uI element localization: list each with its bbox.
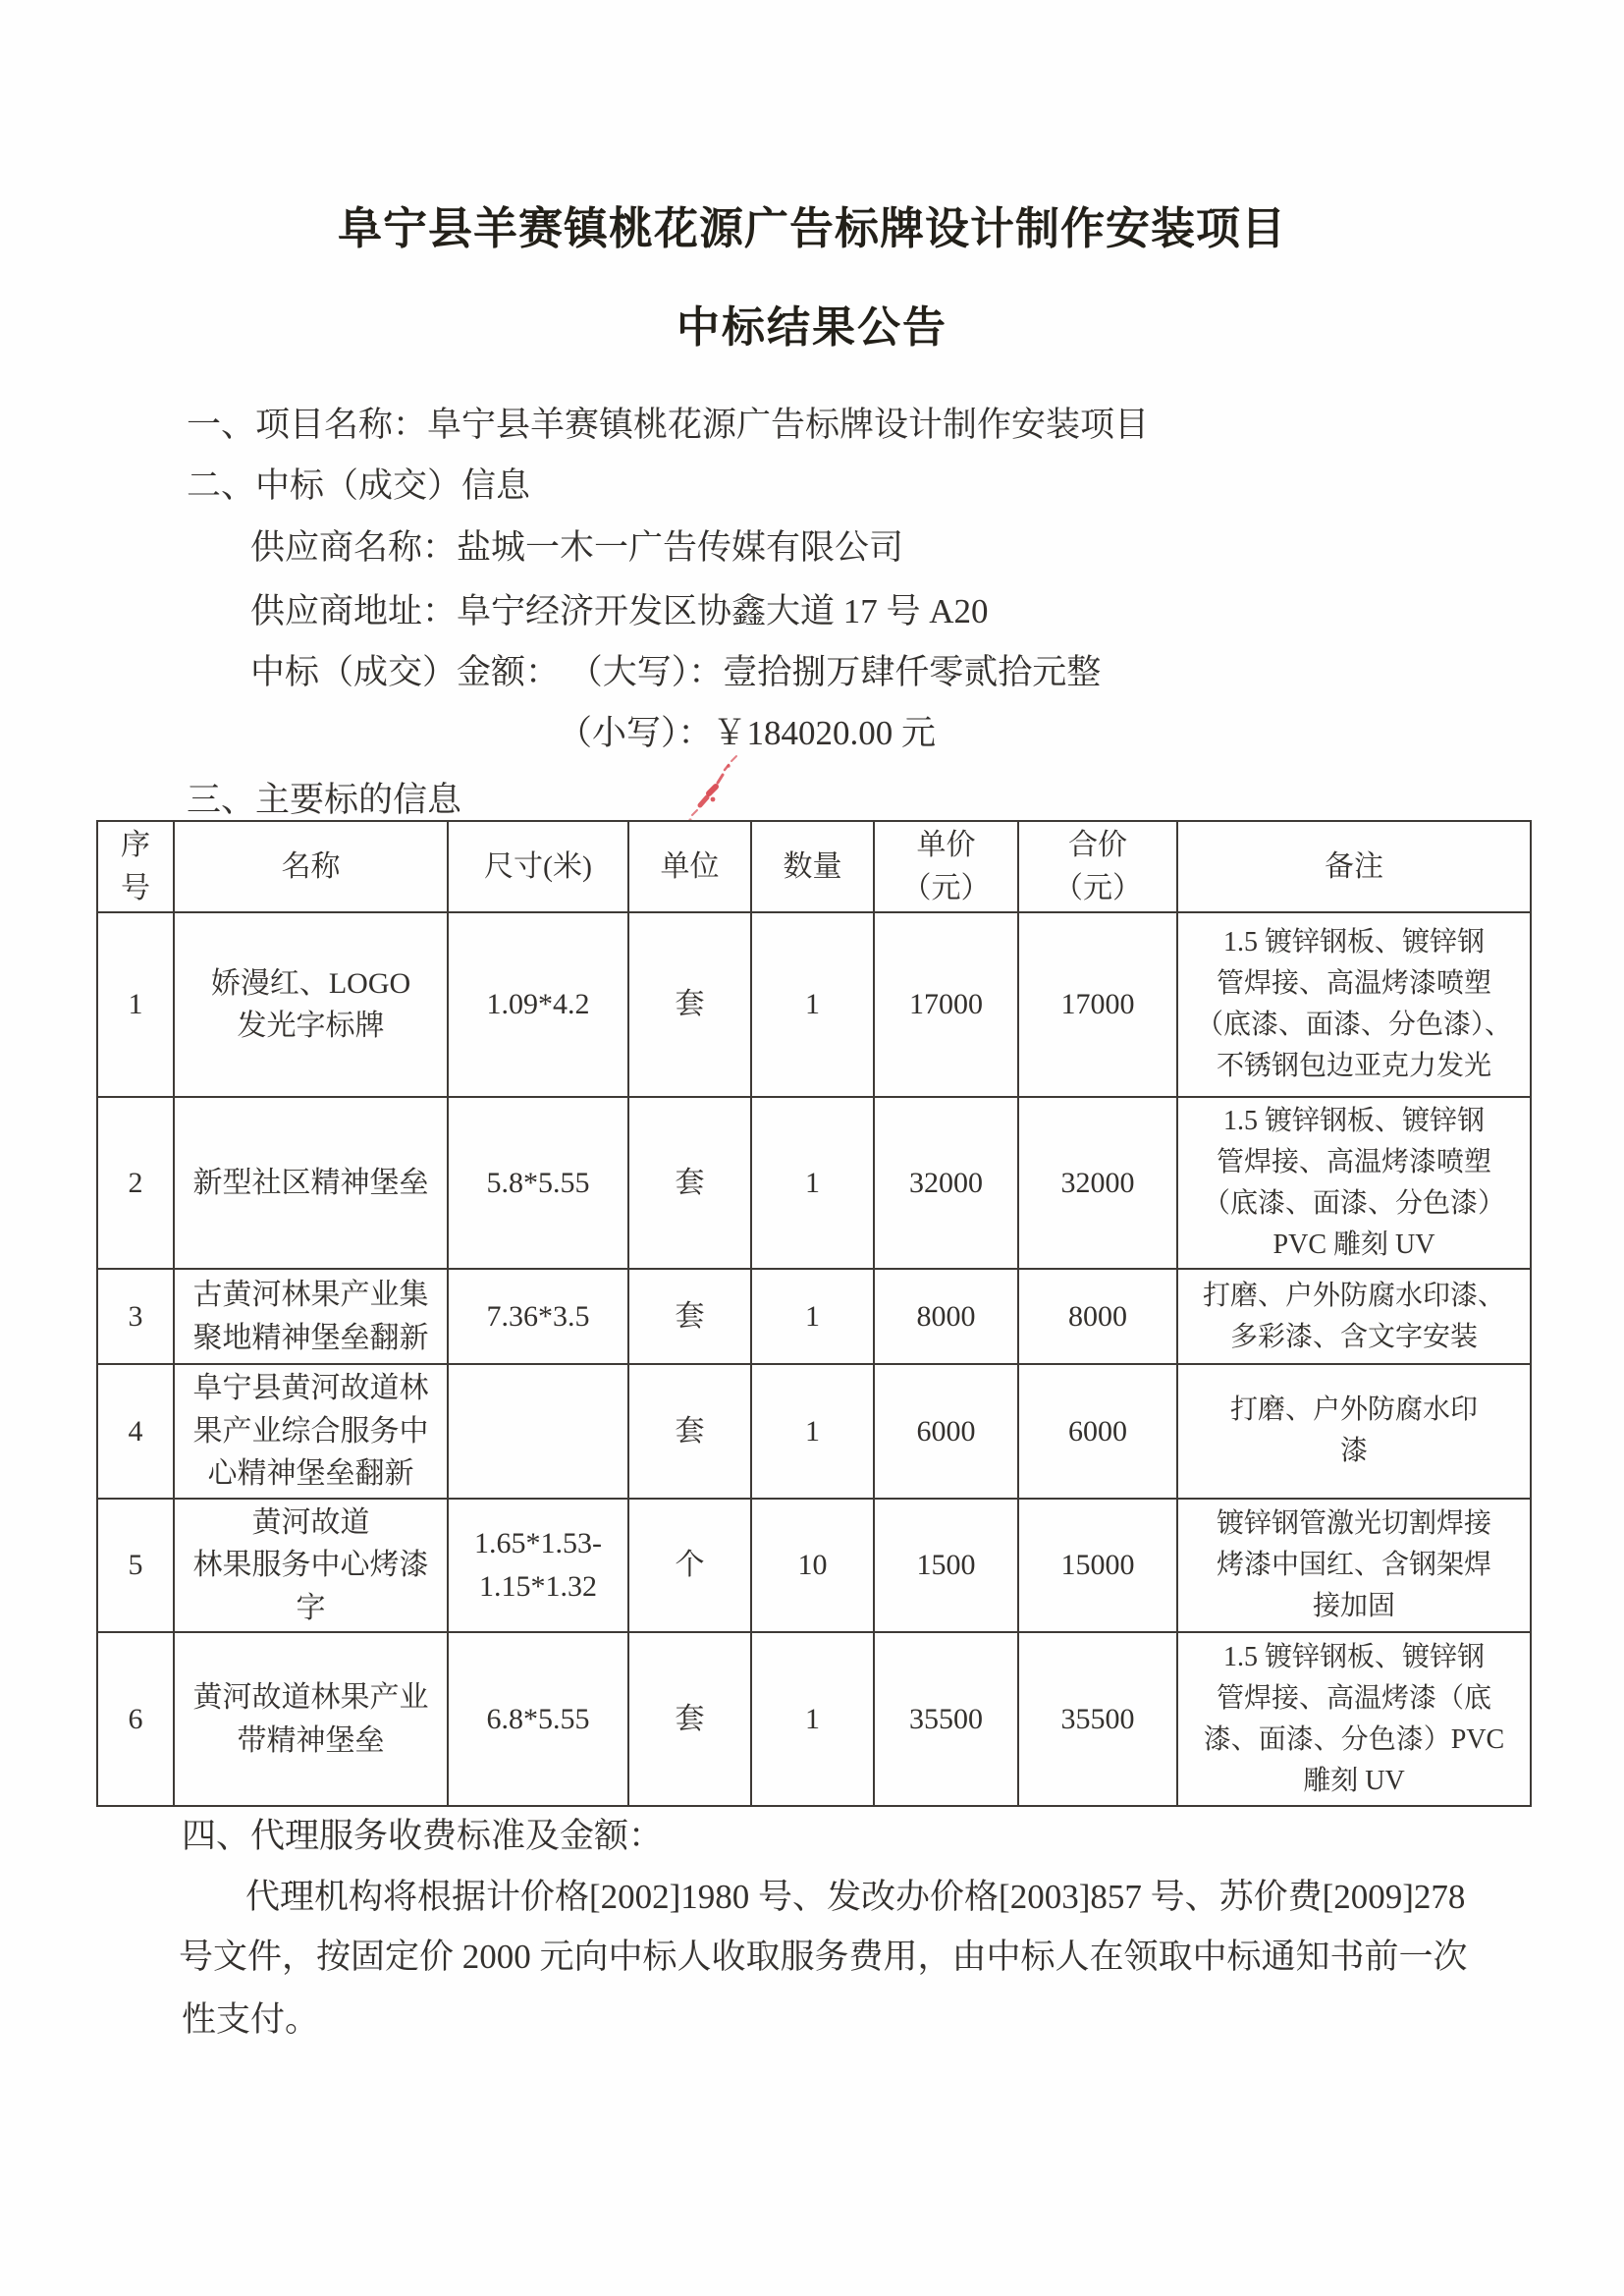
cell-qty: 1: [751, 1269, 874, 1364]
cell-seq: 3: [97, 1269, 174, 1364]
header-unit-price: 单价 （元）: [874, 821, 1018, 912]
cell-size: 6.8*5.55: [448, 1632, 628, 1806]
cell-size: 5.8*5.55: [448, 1097, 628, 1269]
cell-unit: 套: [628, 1097, 751, 1269]
cell-name: 娇漫红、LOGO 发光字标牌: [174, 912, 448, 1097]
cell-size: [448, 1364, 628, 1499]
award-amount-caps-line: 中标（成交）金额： （大写）：壹拾捌万肆仟零贰拾元整: [250, 652, 1101, 693]
agency-fee-line-3: 性支付。: [182, 1999, 319, 2041]
cell-size: 7.36*3.5: [448, 1269, 628, 1364]
cell-remark: 镀锌钢管激光切割焊接 烤漆中国红、含钢架焊 接加固: [1177, 1499, 1531, 1633]
header-total: 合价 （元）: [1018, 821, 1177, 912]
cell-name: 黄河故道林果产业 带精神堡垒: [174, 1632, 448, 1806]
cell-remark: 1.5 镀锌钢板、镀锌钢 管焊接、高温烤漆（底 漆、面漆、分色漆）PVC 雕刻 …: [1177, 1632, 1531, 1806]
cell-unit-price: 17000: [874, 912, 1018, 1097]
table-row: 5 黄河故道 林果服务中心烤漆 字 1.65*1.53- 1.15*1.32 个…: [97, 1499, 1531, 1633]
cell-unit-price: 35500: [874, 1632, 1018, 1806]
agency-fee-line-1: 代理机构将根据计价格[2002]1980 号、发改办价格[2003]857 号、…: [245, 1877, 1465, 1918]
project-name-line: 一、项目名称：阜宁县羊赛镇桃花源广告标牌设计制作安装项目: [187, 405, 1149, 446]
cell-unit-price: 32000: [874, 1097, 1018, 1269]
cell-total: 8000: [1018, 1269, 1177, 1364]
cell-total: 35500: [1018, 1632, 1177, 1806]
cell-qty: 1: [751, 1097, 874, 1269]
cell-qty: 1: [751, 1632, 874, 1806]
cell-name: 阜宁县黄河故道林 果产业综合服务中 心精神堡垒翻新: [174, 1364, 448, 1499]
page-title: 阜宁县羊赛镇桃花源广告标牌设计制作安装项目: [0, 192, 1624, 256]
header-seq: 序 号: [97, 821, 174, 912]
cell-seq: 5: [97, 1499, 174, 1633]
cell-qty: 10: [751, 1499, 874, 1633]
agency-fee-line-2: 号文件，按固定价 2000 元向中标人收取服务费用，由中标人在领取中标通知书前一…: [179, 1937, 1468, 1978]
header-unit: 单位: [628, 821, 751, 912]
cell-total: 6000: [1018, 1364, 1177, 1499]
cell-seq: 2: [97, 1097, 174, 1269]
table-row: 1 娇漫红、LOGO 发光字标牌 1.09*4.2 套 1 17000 1700…: [97, 912, 1531, 1097]
cell-remark: 1.5 镀锌钢板、镀锌钢 管焊接、高温烤漆喷塑 （底漆、面漆、分色漆）、 不锈钢…: [1177, 912, 1531, 1097]
table-row: 6 黄河故道林果产业 带精神堡垒 6.8*5.55 套 1 35500 3550…: [97, 1632, 1531, 1806]
agency-fee-heading: 四、代理服务收费标准及金额：: [182, 1816, 663, 1857]
cell-qty: 1: [751, 912, 874, 1097]
cell-size: 1.09*4.2: [448, 912, 628, 1097]
cell-unit: 套: [628, 1632, 751, 1806]
cell-unit: 套: [628, 912, 751, 1097]
cell-size: 1.65*1.53- 1.15*1.32: [448, 1499, 628, 1633]
header-name: 名称: [174, 821, 448, 912]
cell-remark: 打磨、户外防腐水印漆、 多彩漆、含文字安装: [1177, 1269, 1531, 1364]
cell-name: 古黄河林果产业集 聚地精神堡垒翻新: [174, 1269, 448, 1364]
table-row: 2 新型社区精神堡垒 5.8*5.55 套 1 32000 32000 1.5 …: [97, 1097, 1531, 1269]
cell-name: 黄河故道 林果服务中心烤漆 字: [174, 1499, 448, 1633]
document-page: 阜宁县羊赛镇桃花源广告标牌设计制作安装项目 中标结果公告 一、项目名称：阜宁县羊…: [0, 0, 1624, 2296]
cell-total: 17000: [1018, 912, 1177, 1097]
cell-seq: 1: [97, 912, 174, 1097]
cell-name: 新型社区精神堡垒: [174, 1097, 448, 1269]
cell-unit-price: 6000: [874, 1364, 1018, 1499]
header-remark: 备注: [1177, 821, 1531, 912]
table-header-row: 序 号 名称 尺寸(米) 单位 数量 单价 （元） 合价 （元） 备注: [97, 821, 1531, 912]
cell-total: 15000: [1018, 1499, 1177, 1633]
cell-qty: 1: [751, 1364, 874, 1499]
items-table: 序 号 名称 尺寸(米) 单位 数量 单价 （元） 合价 （元） 备注 1 娇漫…: [96, 820, 1532, 1807]
table-row: 4 阜宁县黄河故道林 果产业综合服务中 心精神堡垒翻新 套 1 6000 600…: [97, 1364, 1531, 1499]
table-row: 3 古黄河林果产业集 聚地精神堡垒翻新 7.36*3.5 套 1 8000 80…: [97, 1269, 1531, 1364]
supplier-name-line: 供应商名称：盐城一木一广告传媒有限公司: [250, 527, 903, 569]
supplier-address-line: 供应商地址：阜宁经济开发区协鑫大道 17 号 A20: [250, 591, 989, 632]
cell-unit: 套: [628, 1364, 751, 1499]
award-info-heading: 二、中标（成交）信息: [187, 465, 530, 507]
page-subtitle: 中标结果公告: [0, 292, 1624, 355]
cell-unit-price: 1500: [874, 1499, 1018, 1633]
main-items-heading: 三、主要标的信息: [187, 780, 461, 821]
header-qty: 数量: [751, 821, 874, 912]
cell-total: 32000: [1018, 1097, 1177, 1269]
cell-seq: 4: [97, 1364, 174, 1499]
cell-unit: 个: [628, 1499, 751, 1633]
cell-seq: 6: [97, 1632, 174, 1806]
red-ink-mark: [680, 748, 759, 823]
cell-unit-price: 8000: [874, 1269, 1018, 1364]
cell-remark: 1.5 镀锌钢板、镀锌钢 管焊接、高温烤漆喷塑 （底漆、面漆、分色漆） PVC …: [1177, 1097, 1531, 1269]
cell-remark: 打磨、户外防腐水印 漆: [1177, 1364, 1531, 1499]
cell-unit: 套: [628, 1269, 751, 1364]
header-size: 尺寸(米): [448, 821, 628, 912]
